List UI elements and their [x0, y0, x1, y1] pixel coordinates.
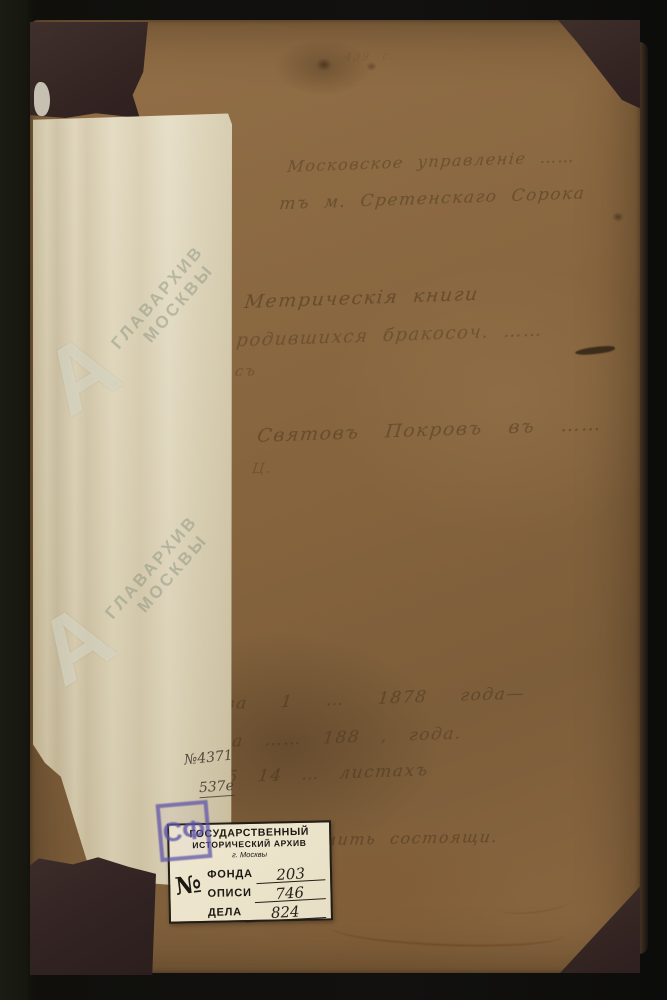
stain-spot	[366, 62, 377, 71]
corner-patch-top-left	[30, 22, 148, 118]
inscription-line-5: съ	[234, 362, 257, 381]
corner-patch-bottom-left	[30, 856, 156, 975]
sf-ink-stamp: СФ	[156, 800, 213, 862]
fond-label: ФОНДА	[207, 868, 256, 881]
corner-patch-bottom-right	[560, 882, 640, 973]
margin-note-code: 537е	[198, 778, 234, 798]
label-number-symbol: №	[173, 869, 205, 921]
paper-chip	[34, 82, 50, 116]
delo-label: ДЕЛА	[208, 906, 245, 919]
pasted-paper-strip	[33, 112, 232, 885]
label-rows: ФОНДА 203 ОПИСИ 746 ДЕЛА 824	[207, 859, 326, 918]
archival-photo: 439 с. Московское управленіе …… тъ м. Ср…	[0, 0, 667, 1000]
top-pencil-scribble: 439 с.	[344, 49, 396, 64]
inscription-line-7: Ц.	[251, 461, 272, 478]
stain-spot	[316, 58, 332, 71]
opis-label: ОПИСИ	[207, 887, 254, 900]
delo-value: 824	[245, 903, 327, 922]
fond-row: ФОНДА 203	[207, 859, 325, 880]
label-body: № ФОНДА 203 ОПИСИ 746 ДЕЛА 824	[175, 859, 326, 919]
corner-patch-top-right	[550, 20, 640, 112]
stain-spot	[612, 212, 624, 222]
